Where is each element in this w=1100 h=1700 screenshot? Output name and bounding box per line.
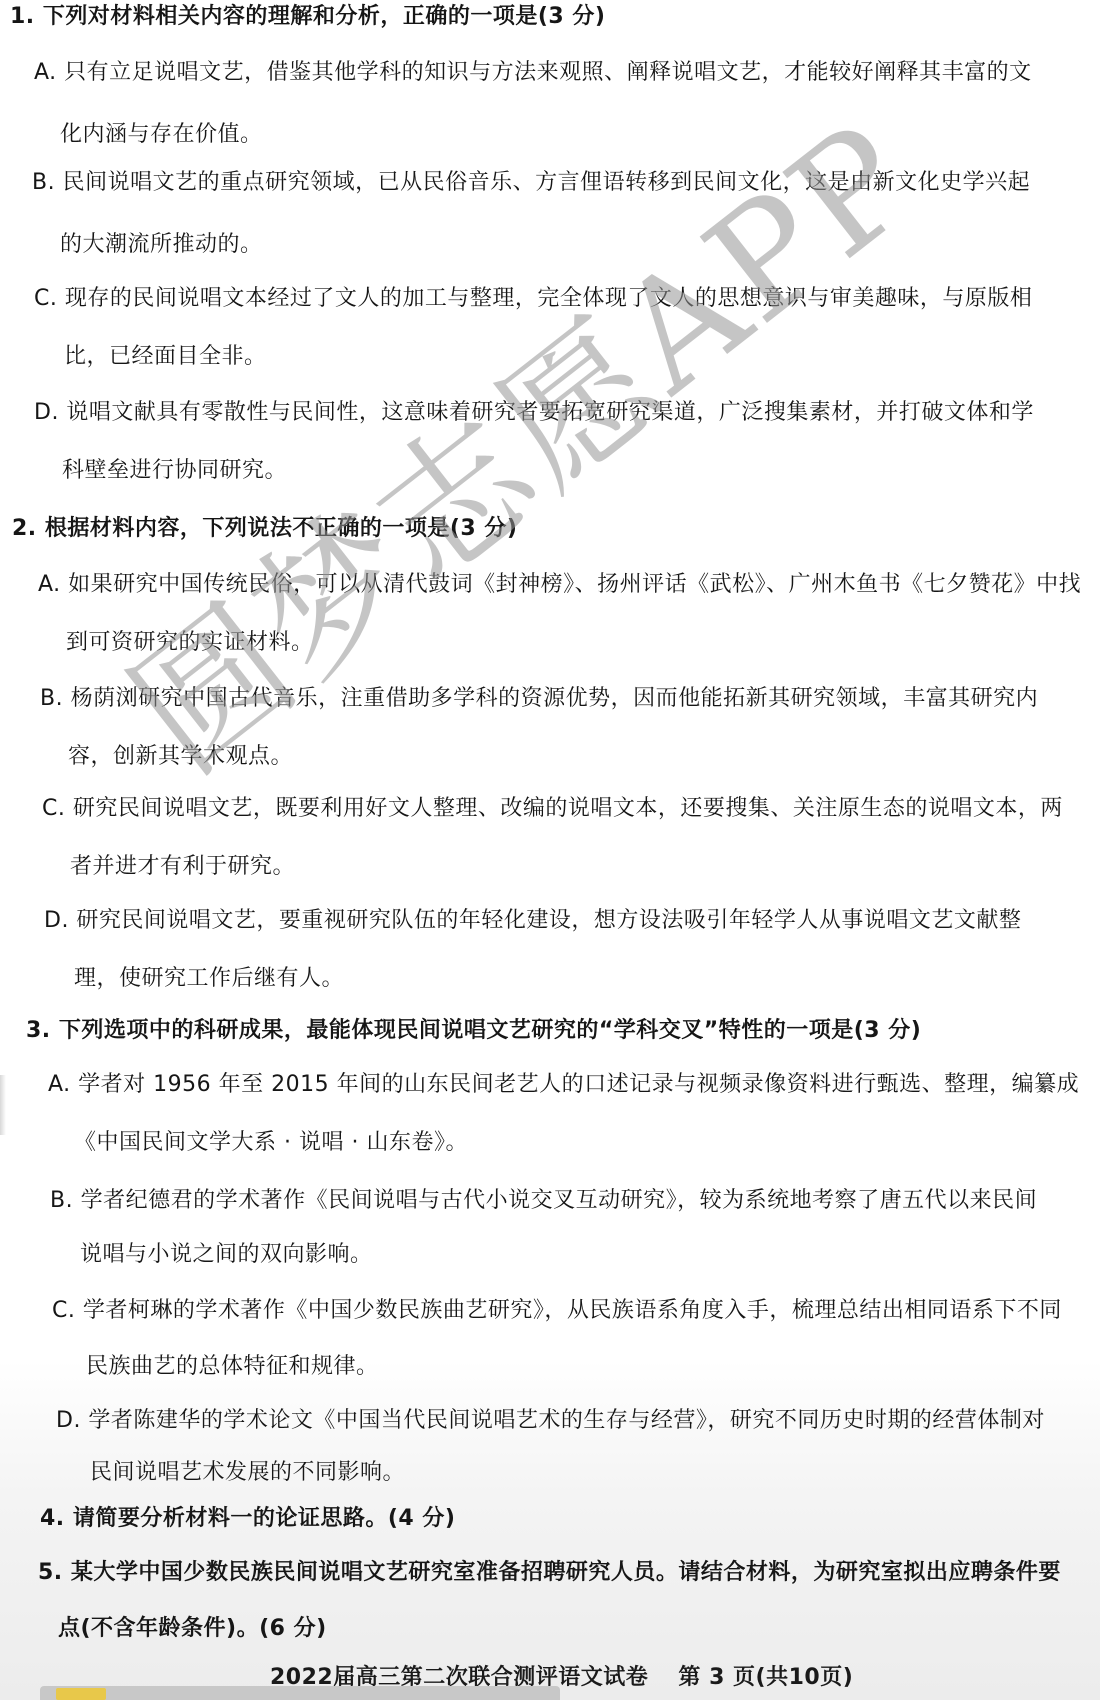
question-2-option-a-line1: A. 如果研究中国传统民俗，可以从清代鼓词《封神榜》、扬州评话《武松》、广州木鱼… (38, 570, 1081, 600)
question-5-stem-line1: 5. 某大学中国少数民族民间说唱文艺研究室准备招聘研究人员。请结合材料，为研究室… (38, 1558, 1061, 1588)
page-number: 第 3 页(共10页) (678, 1665, 853, 1690)
question-2-option-d-line1: D. 研究民间说唱文艺，要重视研究队伍的年轻化建设，想方设法吸引年轻学人从事说唱… (44, 906, 1021, 936)
question-2-option-c-line1: C. 研究民间说唱文艺，既要利用好文人整理、改编的说唱文本，还要搜集、关注原生态… (42, 794, 1063, 824)
question-3-option-a-line2: 《中国民间文学大系 · 说唱 · 山东卷》。 (74, 1128, 468, 1158)
question-3-option-b-line2: 说唱与小说之间的双向影响。 (80, 1240, 373, 1270)
question-3-option-c-line2: 民族曲艺的总体特征和规律。 (86, 1352, 379, 1382)
page-edge-shadow (0, 1075, 6, 1135)
question-1-option-b-line2: 的大潮流所推动的。 (60, 230, 263, 260)
question-3-option-a-line1: A. 学者对 1956 年至 2015 年间的山东民间老艺人的口述记录与视频录像… (48, 1070, 1079, 1100)
exam-page: 1. 下列对材料相关内容的理解和分析，正确的一项是(3 分) A. 只有立足说唱… (0, 0, 1100, 1700)
question-1-option-a-line1: A. 只有立足说唱文艺，借鉴其他学科的知识与方法来观照、阐释说唱文艺，才能较好阐… (34, 58, 1032, 88)
bottom-overlay-tag (56, 1688, 106, 1700)
question-1-option-a-line2: 化内涵与存在价值。 (60, 120, 263, 150)
question-2-stem: 2. 根据材料内容，下列说法不正确的一项是(3 分) (12, 514, 517, 544)
question-1-option-c-line2: 比，已经面目全非。 (64, 342, 267, 372)
bottom-overlay-bar (40, 1686, 560, 1700)
question-3-option-d-line1: D. 学者陈建华的学术论文《中国当代民间说唱艺术的生存与经营》，研究不同历史时期… (56, 1406, 1045, 1436)
question-1-stem: 1. 下列对材料相关内容的理解和分析，正确的一项是(3 分) (10, 2, 605, 32)
question-1-option-c-line1: C. 现存的民间说唱文本经过了文人的加工与整理，完全体现了文人的思想意识与审美趣… (34, 284, 1032, 314)
question-2-option-c-line2: 者并进才有利于研究。 (70, 852, 295, 882)
question-3-option-d-line2: 民间说唱艺术发展的不同影响。 (90, 1458, 405, 1488)
question-2-option-b-line1: B. 杨荫浏研究中国古代音乐，注重借助多学科的资源优势，因而他能拓新其研究领域，… (40, 684, 1038, 714)
question-3-option-b-line1: B. 学者纪德君的学术著作《民间说唱与古代小说交叉互动研究》，较为系统地考察了唐… (50, 1186, 1037, 1216)
question-2-option-b-line2: 容，创新其学术观点。 (68, 742, 293, 772)
question-3-stem: 3. 下列选项中的科研成果，最能体现民间说唱文艺研究的“学科交叉”特性的一项是(… (26, 1016, 921, 1046)
question-3-option-c-line1: C. 学者柯琳的学术著作《中国少数民族曲艺研究》，从民族语系角度入手，梳理总结出… (52, 1296, 1062, 1326)
question-2-option-a-line2: 到可资研究的实证材料。 (66, 628, 314, 658)
question-4-stem: 4. 请简要分析材料一的论证思路。(4 分) (40, 1504, 455, 1534)
question-1-option-b-line1: B. 民间说唱文艺的重点研究领域，已从民俗音乐、方言俚语转移到民间文化，这是由新… (32, 168, 1030, 198)
question-1-option-d-line2: 科壁垒进行协同研究。 (62, 456, 287, 486)
question-5-stem-line2: 点(不含年龄条件)。(6 分) (58, 1614, 327, 1644)
question-1-option-d-line1: D. 说唱文献具有零散性与民间性，这意味着研究者要拓宽研究渠道，广泛搜集素材，并… (34, 398, 1034, 428)
question-2-option-d-line2: 理，使研究工作后继有人。 (74, 964, 344, 994)
